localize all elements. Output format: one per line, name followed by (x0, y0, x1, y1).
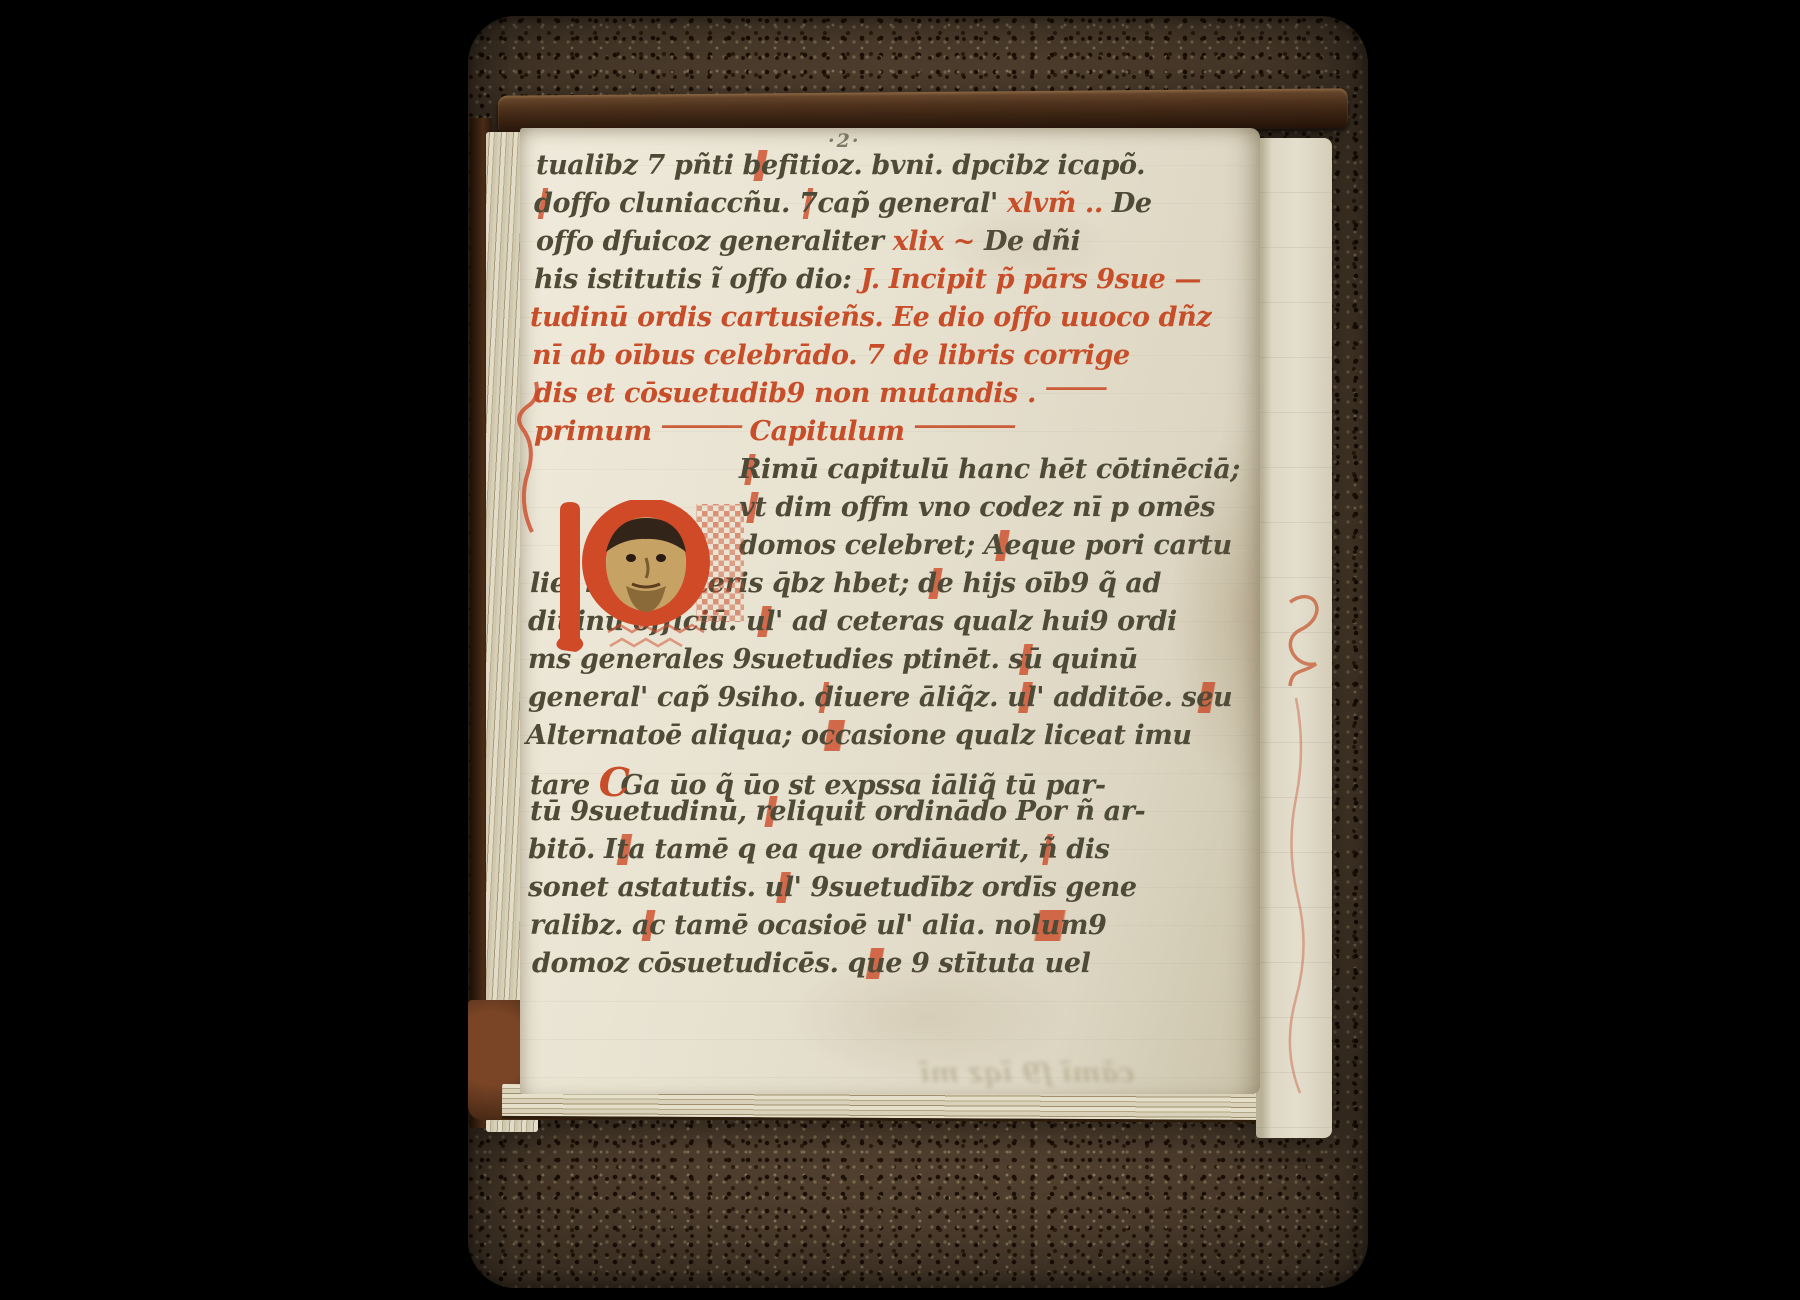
text-segment: Ita (604, 834, 645, 865)
text-segment: vt (739, 492, 766, 523)
text-segment: que pori cartu (1021, 530, 1232, 561)
manuscript-text-line: sonet astatutis. ul' 9suetudībz ordīs ge… (528, 872, 1254, 910)
text-segment: d (815, 682, 833, 713)
text-segment: offo cluniaccñu. (552, 188, 799, 219)
manuscript-text-line: nī ab oībus celebrādo. 7 de libris corri… (532, 340, 1254, 378)
text-segment: cap̃ general' (817, 188, 1007, 219)
text-segment: seu (1181, 682, 1232, 713)
manuscript-text-line: bitō. Ita tamē q ea que ordiāuerit, ñ di… (528, 834, 1254, 872)
text-segment: quinū (1043, 644, 1138, 675)
text-segment: R (739, 454, 761, 485)
text-segment: re (756, 796, 787, 827)
text-block: tualibz 7 pñti befitioz. bvni. dpcibz ic… (534, 150, 1254, 986)
text-segment: tualibz 7 pñti (536, 150, 743, 181)
next-page-edge (1256, 138, 1332, 1138)
text-segment: De dñi (984, 226, 1080, 257)
manuscript-text-line: primum ———— Capitulum ————— (534, 416, 1254, 454)
manuscript-text-line: vt dim offm vno codez nī p omēs (534, 492, 1254, 530)
text-segment: general' cap̃ 9siho. (528, 682, 815, 713)
manuscript-text-line: ralibz. ac tamē ocasioē ul' alia. nolum9 (530, 910, 1254, 948)
text-segment: 9suetudībz ordīs gene (802, 872, 1137, 903)
text-segment: tare (530, 770, 599, 801)
manuscript-text-line: domoz cōsuetudicēs. que 9 stītuta uel (532, 948, 1254, 986)
text-segment: 9 stītuta uel (902, 948, 1090, 979)
text-segment: ac (632, 910, 665, 941)
verso-showthrough-text: cãmĩ ſ9 ĩqz mĩ (920, 1058, 1135, 1089)
text-segment: his istitutis ĩ offo dio: (534, 264, 861, 295)
manuscript-text-line: Alternatoē aliqua; occasione qualz licea… (526, 720, 1254, 758)
folio-number: ·2· (828, 130, 860, 152)
text-segment: de (918, 568, 953, 599)
manuscript-page: ·2· tualibz 7 pñti befitioz. bvni. dpcib… (520, 128, 1260, 1094)
text-segment: iuere āliq̃z. (833, 682, 1007, 713)
text-segment: ul' (1007, 682, 1044, 713)
text-segment: bitō. (528, 834, 604, 865)
text-segment: tamē ocasioē ul' alia. (665, 910, 994, 941)
text-segment: ralibz. (530, 910, 632, 941)
manuscript-text-line: Rimū capitulū hanc hēt cōtinēciā; (534, 454, 1254, 492)
text-segment: ~ (944, 226, 984, 257)
text-segment: domoz cōsuetudicēs. (532, 948, 848, 979)
text-segment: nolum9 (994, 910, 1106, 941)
text-segment: ————— (914, 412, 1014, 439)
text-segment: liquit ordinādo Por ñ ar- (786, 796, 1145, 827)
text-segment: domos celebret; (739, 530, 984, 561)
text-segment: lie. (530, 568, 585, 599)
text-segment: Capitulum (740, 416, 913, 447)
text-segment: De (1112, 188, 1152, 219)
text-segment: additōe. (1044, 682, 1181, 713)
text-segment: tamē q ea que ordiāuerit, (645, 834, 1038, 865)
margin-red-flourish (506, 368, 546, 538)
manuscript-text-line: dis et cōsuetudib9 non mutandis . ——— (534, 378, 1254, 416)
initial-bowl (594, 510, 698, 614)
text-segment: d (534, 188, 552, 219)
text-segment: hijs oīb9 q̃ ad (953, 568, 1161, 599)
text-segment: que (848, 948, 903, 979)
text-segment: ad ceteras qualz hui9 ordi (783, 606, 1177, 637)
text-segment: primum (534, 416, 661, 447)
text-segment: J. Incipit p̃ pārs 9sue — (861, 264, 1202, 295)
manuscript-book: ·2· tualibz 7 pñti befitioz. bvni. dpcib… (468, 88, 1334, 1122)
manuscript-text-line: ms generales 9suetudies ptinēt. sū quinū (528, 644, 1254, 682)
text-segment: sione qualz liceat imu (868, 720, 1192, 751)
text-segment: sonet astatutis. (528, 872, 765, 903)
text-segment: ul' (765, 872, 802, 903)
text-segment: ——— (1045, 374, 1105, 401)
manuscript-text-line: his istitutis ĩ offo dio: J. Incipit p̃ … (534, 264, 1254, 302)
bearded-face (606, 517, 686, 612)
text-segment: ms generales 9suetudies ptinēt. (528, 644, 1009, 675)
text-segment: offo dfuicoz generaliter (536, 226, 893, 257)
text-segment: ———— (661, 412, 741, 439)
text-segment: Ga ūo q̃ ūo st expssa iāliq̃ tū par- (621, 770, 1106, 801)
text-segment: ceteris q̄bz hbet; (654, 568, 918, 599)
text-segment: 7 (799, 188, 817, 219)
manuscript-text-line: general' cap̃ 9siho. diuere āliq̃z. ul' … (528, 682, 1254, 720)
red-zigzag-penwork (608, 625, 704, 632)
manuscript-text-line: domos celebret; Aeque pori cartu (534, 530, 1254, 568)
manuscript-text-line: tudinū ordis cartusieñs. Ee dio offo uuo… (530, 302, 1254, 340)
illuminated-initial-P (548, 500, 748, 660)
text-segment: ul' (746, 606, 783, 637)
red-checker-panel (696, 504, 744, 622)
manuscript-text-line: doffo cluniaccñu. 7cap̃ general' xlvm̃ .… (534, 188, 1254, 226)
initial-stem (556, 502, 583, 652)
manuscript-text-line: tualibz 7 pñti befitioz. bvni. dpcibz ic… (534, 150, 1254, 188)
text-segment: diuinū officiū. (528, 606, 746, 637)
text-segment: xlvm̃ (1007, 188, 1076, 219)
text-segment: dis et cōsuetudib9 non mutandis . (534, 378, 1045, 409)
text-segment: dim offm vno codez nī p omēs (766, 492, 1215, 523)
manuscript-text-line: lie. neqz ceteris q̄bz hbet; de hijs oīb… (530, 568, 1254, 606)
text-segment: fitioz. bvni. dpcibz icapõ. (778, 150, 1145, 181)
text-segment: tū 9suetudinū, (530, 796, 756, 827)
text-segment: be (743, 150, 778, 181)
manuscript-text-line: diuinū officiū. ul' ad ceteras qualz hui… (528, 606, 1254, 644)
manuscript-text-line: tare CGa ūo q̃ ūo st expssa iāliq̃ tū pa… (530, 758, 1254, 796)
text-segment: occa (801, 720, 868, 751)
manuscript-text-line: offo dfuicoz generaliter xlix ~ De dñi (534, 226, 1254, 264)
text-segment: imū capitulū hanc hēt cōtinēciā; (761, 454, 1240, 485)
text-segment: neqz (585, 568, 654, 599)
text-segment: ñ (1038, 834, 1057, 865)
text-segment: nī ab oībus celebrādo. 7 de libris corri… (532, 340, 1130, 371)
red-flourish-mark (1256, 588, 1332, 1108)
text-segment: dis (1057, 834, 1109, 865)
text-segment: .. (1076, 188, 1112, 219)
text-segment: Ae (984, 530, 1021, 561)
manuscript-text-line: tū 9suetudinū, reliquit ordinādo Por ñ a… (530, 796, 1254, 834)
text-segment: C (599, 760, 630, 806)
text-segment: sū (1009, 644, 1043, 675)
red-zigzag-penwork (610, 639, 682, 646)
text-segment: tudinū ordis cartusieñs. Ee dio offo uuo… (530, 302, 1211, 333)
text-segment: xlix (893, 226, 944, 257)
text-segment: Alternatoē aliqua; (526, 720, 801, 751)
photo-frame: ·2· tualibz 7 pñti befitioz. bvni. dpcib… (0, 0, 1800, 1300)
